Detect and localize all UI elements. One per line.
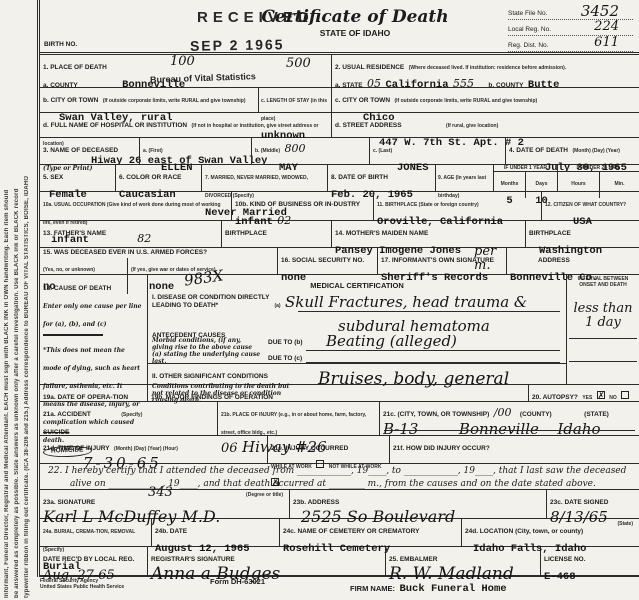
state-county-subrow: 2. USUAL RESIDENCE (Where deceased lived… [332, 55, 639, 88]
antecedent-row: ANTECEDENT CAUSES Morbid conditions, (if… [148, 323, 566, 363]
marital-cell: 7. MARRIED, NEVER MARRIED, WIDOWED, DIVO… [202, 165, 328, 191]
license-label: LICENSE NO. [544, 556, 586, 563]
occupation-cell: 10a. USUAL OCCUPATION (Give kind of work… [40, 192, 232, 220]
age-cell: 9. AGE (In years last birthday) IF UNDER… [436, 165, 639, 191]
cause-label: 18. CAUSE OF DEATH [43, 285, 111, 292]
autopsy-no-checkbox [621, 391, 629, 399]
part1-label: I. DISEASE OR CONDITION DIRECTLY LEADING… [152, 294, 270, 310]
sex-label: 5. SEX [43, 174, 63, 181]
injury-time-row: 21d. TIME OF INJURY (Month) (Day) (Year)… [40, 436, 639, 464]
due-to-b-label: DUE TO (b) [268, 339, 303, 347]
street-hint: (If rural, give location) [446, 123, 498, 129]
dob-cell: 8. DATE OF BIRTH Feb. 20, 1965 [328, 165, 436, 191]
res-state-note2: 555 [453, 77, 474, 90]
local-reg-label: Local Reg. No. [508, 26, 551, 33]
reg-dist-row: Reg. Dist. No. 611 [508, 36, 633, 52]
res-county-value: Butte [528, 79, 560, 91]
injury-occurred-cell: 21e. INJURY OCCURRED WHILE AT WORK NOT W… [268, 436, 390, 463]
mother-label: 14. MOTHER'S MAIDEN NAME [335, 230, 428, 237]
physician-address-cell: 23b. ADDRESS 2525 So Boulevard [290, 490, 547, 518]
interval-column: INTERVAL BETWEEN ONSET AND DEATH less th… [567, 275, 639, 384]
burial-date-label: 24b. DATE [155, 528, 187, 535]
under-one-year-group: IF UNDER 1 YEAR Months 5 Days 10 [494, 165, 558, 191]
dod-hint: (Month) (Day) (Year) [572, 148, 620, 154]
county-subrow: 1. PLACE OF DEATH a. COUNTY Bonneville 1… [40, 55, 331, 88]
months-label: Months [501, 181, 519, 187]
operation-findings-cell: 19b. MAJOR FINDINGS OF OPERATION [148, 385, 529, 401]
firm-value: Buck Funeral Home [399, 583, 506, 595]
autopsy-yes-checkbox: ✗ [597, 391, 605, 399]
part2-label: II. OTHER SIGNIFICANT CONDITIONS [152, 373, 268, 380]
cause-a-value: Skull Fractures, head trauma & [285, 293, 527, 311]
ssn-label: 16. SOCIAL SECURITY NO. [281, 257, 364, 264]
certificate-form: RECEIVED Certificate of Death STATE OF I… [37, 0, 639, 577]
res-city-hint: (If outside corporate limits, write RURA… [394, 98, 537, 104]
autopsy-cell: 20. AUTOPSY? YES ✗ NO [529, 385, 639, 401]
last-name-cell: c. (Last) JONES [370, 138, 506, 164]
date-of-death-cell: 4. DATE OF DEATH (Month) (Day) (Year) Ju… [506, 138, 639, 164]
usual-residence-section: 2. USUAL RESIDENCE (Where deceased lived… [332, 55, 639, 137]
specify-label: (Specify) [121, 412, 142, 418]
accident-suicide-homicide-cell: 21a. ACCIDENT (Specify) SUICIDE HOMICIDE [40, 402, 218, 435]
res-state-label: a. STATE [335, 82, 363, 89]
vitals-row: 5. SEX Female 6. COLOR OR RACE Caucasian… [40, 165, 639, 192]
reg-dist-label: Reg. Dist. No. [508, 42, 548, 49]
registrar-row: DATE REC'D BY LOCAL REG. Aug. 27-65 REGI… [40, 547, 639, 577]
place-of-injury-cell: 21b. PLACE OF INJURY (e.g., in or about … [218, 402, 380, 435]
date-signed-cell: 23c. DATE SIGNED 8/13/65 [547, 490, 639, 518]
place-of-death-label: 1. PLACE OF DEATH [43, 64, 107, 71]
age-years-cell: 9. AGE (In years last birthday) [436, 165, 494, 191]
birthplace-cell: 11. BIRTHPLACE (State or foreign country… [374, 192, 542, 220]
signature-addr-label: 23b. ADDRESS [293, 499, 339, 506]
cause-note1: Enter only one cause per line for (a), (… [43, 303, 141, 328]
informant-overlay-script: per m. [474, 245, 506, 273]
firm-block: FIRM NAME: Buck Funeral Home [350, 578, 507, 596]
state-file-label: State File No. [508, 10, 547, 17]
county-label: a. COUNTY [43, 82, 78, 89]
county-handnote: 100 [170, 55, 195, 69]
physician-signature-cell: 23a. SIGNATURE 343 (Degree or title) Kar… [40, 490, 290, 518]
part2-value: Bruises, body, general [318, 372, 509, 386]
registrar-signature-label: REGISTRAR'S SIGNATURE [151, 556, 235, 563]
sex-cell: 5. SEX Female [40, 165, 116, 191]
res-city-label: c. CITY OR TOWN [335, 97, 390, 104]
form-header: RECEIVED Certificate of Death STATE OF I… [40, 0, 639, 55]
father-label: 13. FATHER'S NAME [43, 230, 106, 237]
citizen-cell: 12. CITIZEN OF WHAT COUNTRY? USA [542, 192, 639, 220]
death-certificate-scan: Informant, Funeral Director, Registrar a… [0, 0, 639, 600]
cause-notes-column: 18. CAUSE OF DEATH Enter only one cause … [40, 275, 148, 384]
stamp-handnote: 500 [286, 57, 311, 71]
time-of-injury-label: 21d. TIME OF INJURY [43, 445, 110, 452]
cause-b-value: Beating (alleged) [326, 334, 457, 348]
days-label: Days [536, 181, 548, 187]
autopsy-label: 20. AUTOPSY? [532, 394, 578, 401]
how-injury-occurred-cell: 21f. HOW DID INJURY OCCUR? [390, 436, 639, 463]
state-file-value: 3452 [581, 4, 619, 18]
business-cell: 10b. KIND OF BUSINESS OR IN-DUSTRY infan… [232, 192, 374, 220]
margin-line-1: Informant, Funeral Director, Registrar a… [3, 6, 11, 598]
operation-date-label: 19a. DATE OF OPERA-TION [43, 394, 128, 401]
armed-forces-cell: 15. WAS DECEASED EVER IN U.S. ARMED FORC… [40, 248, 278, 274]
injury-classification-row: 21a. ACCIDENT (Specify) SUICIDE HOMICIDE… [40, 402, 639, 436]
under-24hrs-group: IF UNDER 24 HRS. Hours Min. [558, 165, 639, 191]
injury-occurred-label: 21e. INJURY OCCURRED [271, 445, 348, 452]
name-label: 3. NAME OF DECEASED [43, 147, 118, 154]
burial-location-label: 24d. LOCATION (City, town, or county) [465, 528, 583, 535]
interval-value: less than 1 day [569, 302, 637, 330]
cemetery-label: 24c. NAME OF CEMETERY OR CREMATORY [283, 528, 419, 535]
parents-row: 13. FATHER'S NAME BIRTHPLACE 14. MOTHER'… [40, 221, 639, 248]
cause-code-handwritten: 983X [183, 268, 224, 287]
middle-handnote: 800 [284, 142, 305, 155]
place-of-injury-label: 21b. PLACE OF INJURY (e.g., in or about … [221, 412, 366, 436]
operation-findings-label: 19b. MAJOR FINDINGS OF OPERATION [151, 394, 273, 401]
city-hint: (If outside corporate limits, write RURA… [103, 98, 246, 104]
left-margin-instructions: Informant, Funeral Director, Registrar a… [0, 0, 37, 600]
father-bp-label: BIRTHPLACE [225, 230, 267, 237]
agency-block: Federal Security Agency United States Pu… [40, 578, 210, 590]
injury-city-label: 21c. (CITY, TOWN, OR TOWNSHIP) [383, 411, 489, 418]
form-footer: Federal Security Agency United States Pu… [40, 578, 633, 598]
street-subrow: d. STREET ADDRESS (If rural, give locati… [332, 113, 639, 138]
dob-label: 8. DATE OF BIRTH [331, 174, 388, 181]
burial-date-cell: 24b. DATE August 12, 1965 [152, 519, 280, 546]
cemetery-cell: 24c. NAME OF CEMETERY OR CREMATORY Roseh… [280, 519, 462, 546]
burial-location-cell: 24d. LOCATION (City, town, or county) (S… [462, 519, 639, 546]
signature-handnote: 343 [148, 486, 173, 500]
margin-line-3: typewriter ribbon in filling out certifi… [23, 6, 31, 598]
suicide-label: SUICIDE [43, 429, 69, 436]
informant-address-cell: ADDRESS Bonneville Co. [507, 248, 639, 274]
hours-label: Hours [571, 181, 585, 187]
father-birthplace-cell: BIRTHPLACE [222, 221, 332, 247]
name-label-cell: 3. NAME OF DECEASED (Type or Print) [40, 138, 140, 164]
cause-of-death-block: 18. CAUSE OF DEATH Enter only one cause … [40, 275, 639, 385]
place-residence-row: 1. PLACE OF DEATH a. COUNTY Bonneville 1… [40, 55, 639, 138]
first-name-label: a. (First) [143, 148, 163, 154]
injury-county-label: (COUNTY) [520, 411, 552, 418]
time-of-injury-cell: 21d. TIME OF INJURY (Month) (Day) (Year)… [40, 436, 268, 463]
armed-hint1: (Yes, no, or unknown) [43, 267, 95, 273]
informant-addr-label: ADDRESS [538, 257, 570, 264]
residence-label: 2. USUAL RESIDENCE [335, 64, 404, 71]
service-row: 15. WAS DECEASED EVER IN U.S. ARMED FORC… [40, 248, 639, 275]
injury-state-label: (STATE) [584, 411, 609, 418]
place-of-death-section: 1. PLACE OF DEATH a. COUNTY Bonneville 1… [40, 55, 332, 137]
under1-label: IF UNDER 1 YEAR [494, 165, 557, 172]
hospital-label: d. FULL NAME OF HOSPITAL OR INSTITUTION [43, 122, 187, 129]
middle-name-label: b. (Middle) [255, 148, 280, 154]
certification-row: 22. I hereby certify that I attended the… [40, 464, 639, 490]
armed-label: 15. WAS DECEASED EVER IN U.S. ARMED FORC… [40, 248, 277, 258]
burial-location-state-label: (State) [617, 521, 633, 527]
file-numbers: State File No. 3452 Local Reg. No. 224 R… [508, 4, 633, 52]
medical-certification-title: MEDICAL CERTIFICATION [310, 281, 403, 290]
race-label: 6. COLOR OR RACE [119, 174, 181, 181]
citizen-label: 12. CITIZEN OF WHAT COUNTRY? [545, 202, 626, 208]
ssn-cell: 16. SOCIAL SECURITY NO. none [278, 248, 378, 274]
race-cell: 6. COLOR OR RACE Caucasian [116, 165, 202, 191]
mother-bp-label: BIRTHPLACE [529, 230, 571, 237]
time-of-injury-hint: (Month) (Day) (Year) (Hour) [114, 446, 178, 452]
embalmer-cell: 25. EMBALMER R. W. Madland [386, 547, 541, 575]
local-reg-value: 224 [594, 20, 619, 34]
burial-type-cell: 24a. BURIAL, CREMA-TION, REMOVAL (Specif… [40, 519, 152, 546]
res-state-value: California [385, 79, 448, 91]
date-received-label: DATE REC'D BY LOCAL REG. [43, 556, 134, 563]
mother-name-cell: 14. MOTHER'S MAIDEN NAME Pansey Imogene … [332, 221, 526, 247]
min-label: Min. [615, 181, 625, 187]
burial-row: 24a. BURIAL, CREMA-TION, REMOVAL (Specif… [40, 519, 639, 547]
middle-name-cell: b. (Middle) 800 MAY [252, 138, 370, 164]
state-file-row: State File No. 3452 [508, 4, 633, 20]
mother-birthplace-cell: BIRTHPLACE Washington [526, 221, 639, 247]
license-cell: LICENSE NO. E-468 [541, 547, 639, 575]
form-number: Form DH-63021 [210, 578, 350, 586]
business-label: 10b. KIND OF BUSINESS OR IN-DUSTRY [235, 201, 360, 208]
embalmer-label: 25. EMBALMER [389, 556, 437, 563]
father-name-cell: 13. FATHER'S NAME [40, 221, 222, 247]
date-received-cell: DATE REC'D BY LOCAL REG. Aug. 27-65 [40, 547, 148, 575]
res-county-label: b. COUNTY [488, 82, 523, 89]
autopsy-no-label: NO [609, 395, 617, 401]
occupation-row: 10a. USUAL OCCUPATION (Give kind of work… [40, 192, 639, 221]
injury-city-note: /00 [494, 406, 512, 419]
date-signed-label: 23c. DATE SIGNED [550, 499, 608, 506]
injury-location-cell: 21c. (CITY, TOWN, OR TOWNSHIP) /00 (COUN… [380, 402, 639, 435]
name-row: 3. NAME OF DECEASED (Type or Print) a. (… [40, 138, 639, 165]
informant-cell: 17. INFORMANT'S OWN SIGNATURE per m. She… [378, 248, 507, 274]
a-tag: (a) [274, 303, 280, 309]
birth-no-label: BIRTH NO. [44, 41, 77, 49]
antecedent-hint: Morbid conditions, (if any, giving rise … [152, 337, 262, 365]
certificate-title: Certificate of Death [240, 8, 470, 26]
certify-line-1: 22. I hereby certify that I attended the… [48, 465, 631, 478]
res-state-note: 05 [367, 77, 381, 90]
residence-hint: (Where deceased lived. If institution: r… [409, 65, 567, 71]
degree-label: (Degree or title) [246, 492, 283, 498]
firm-label: FIRM NAME: [350, 584, 395, 593]
local-reg-row: Local Reg. No. 224 [508, 20, 633, 36]
dod-label: 4. DATE OF DEATH [509, 147, 568, 154]
autopsy-yes-label: YES [582, 395, 592, 401]
cause-a-value2: subdural hematoma [338, 319, 490, 333]
margin-line-2: be answered as completely as possible. S… [13, 6, 21, 598]
city-label: b. CITY OR TOWN [43, 97, 98, 104]
operation-date-cell: 19a. DATE OF OPERA-TION [40, 385, 148, 401]
bureau-stamp: Bureau of Vital Statistics [150, 71, 256, 85]
accident-label: 21a. ACCIDENT [43, 411, 91, 418]
registrar-signature-cell: REGISTRAR'S SIGNATURE Anna a Budges [148, 547, 386, 575]
reg-dist-value: 611 [594, 36, 619, 50]
birthplace-label: 11. BIRTHPLACE (State or foreign country… [377, 202, 479, 208]
signature-label: 23a. SIGNATURE [43, 499, 95, 506]
date-received-stamp: SEP 2 1965 [190, 36, 285, 54]
operation-row: 19a. DATE OF OPERA-TION 19b. MAJOR FINDI… [40, 385, 639, 402]
street-label: d. STREET ADDRESS [335, 122, 402, 129]
how-injury-occurred-label: 21f. HOW DID INJURY OCCUR? [393, 445, 490, 452]
first-name-cell: a. (First) ELLEN [140, 138, 252, 164]
length-of-stay-cell: c. LENGTH OF STAY (in this place) unknow… [259, 88, 331, 112]
due-to-c-label: DUE TO (c) [268, 355, 302, 363]
medical-certification-column: MEDICAL CERTIFICATION 983X I. DISEASE OR… [148, 275, 567, 384]
signature-row: 23a. SIGNATURE 343 (Degree or title) Kar… [40, 490, 639, 519]
interval-label: INTERVAL BETWEEN ONSET AND DEATH [569, 276, 637, 288]
under24-label: IF UNDER 24 HRS. [558, 165, 639, 172]
agency-line-2: United States Public Health Service [40, 584, 210, 590]
last-name-label: c. (Last) [373, 148, 392, 154]
